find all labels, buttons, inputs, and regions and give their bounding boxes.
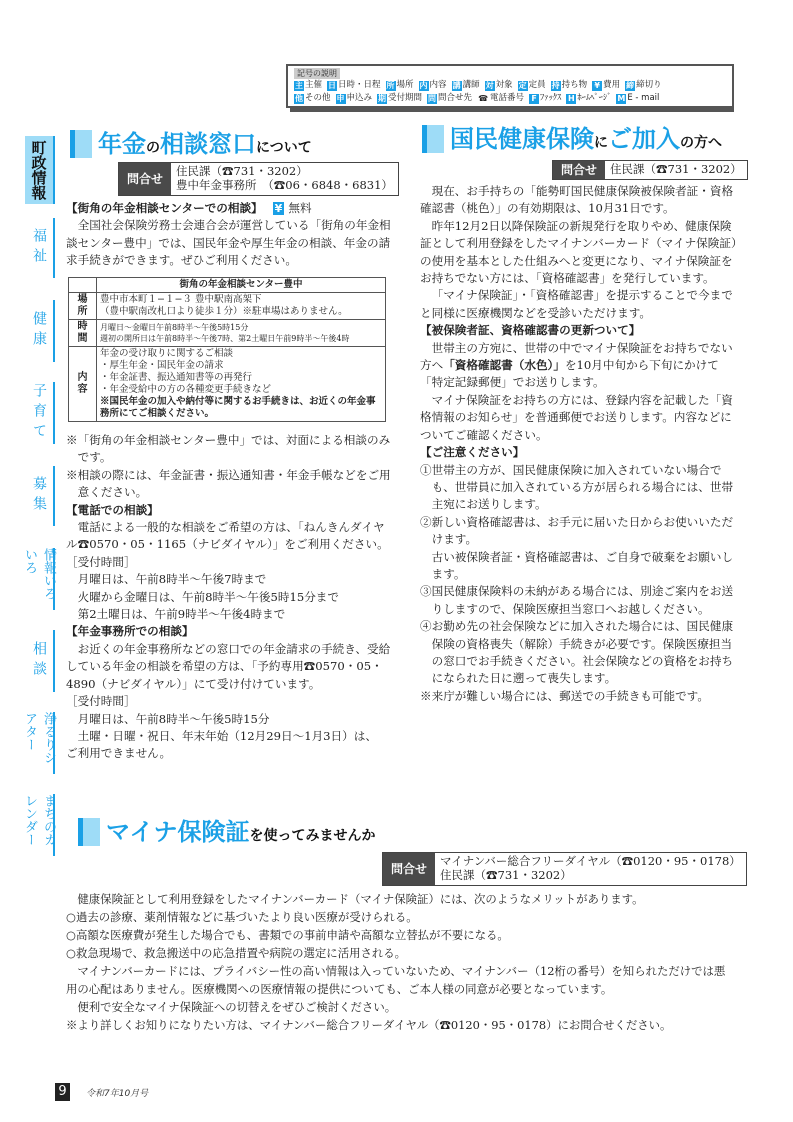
pension-contact-box: 問合せ 住民課（☎731・3202） 豊中年金事務所 （☎06・6848・683…: [118, 162, 399, 196]
side-tab-health[interactable]: 健康: [25, 300, 55, 362]
side-tab-label: 募集: [29, 476, 49, 516]
legend-label: 対象: [496, 79, 513, 92]
legend-shadow: [290, 108, 734, 112]
apply-icon: 申: [336, 94, 346, 104]
content-icon: 内: [419, 81, 429, 91]
hours-line: 第2土曜日は、午前9時半〜午後4時まで: [66, 606, 391, 623]
legend-label: 受付期間: [388, 92, 422, 105]
cell-line: （豊中駅南改札口より徒歩１分）※駐車場はありません。: [100, 306, 382, 318]
table-row: 時 間 月曜日〜金曜日午前8時半〜午後5時15分週初の開所日は午前8時半〜午後7…: [69, 320, 386, 347]
nhi-section-title: 国民健康保険 に ご加入 の方へ: [422, 125, 722, 153]
legend-row-2: 他その他 申申込み 期受付期間 問問合せ先 ☎電話番号 Fﾌｧｯｸｽ Hﾎｰﾑﾍ…: [294, 92, 726, 105]
title-part: 相談窓口: [160, 130, 256, 158]
legend-label: 日時・日程: [338, 79, 381, 92]
highlight-text: 「資格確認書（水色）」: [443, 358, 565, 372]
side-tab-label: 町政情報: [29, 140, 50, 200]
period-icon: 期: [377, 94, 387, 104]
paragraph: お近くの年金事務所などの窓口での年金請求の手続き、受給している年金の相談を希望の…: [66, 641, 391, 693]
contact-line: マイナンバー総合フリーダイヤル（☎0120・95・0178）: [440, 854, 741, 868]
legend-label: 費用: [603, 79, 620, 92]
page-number: 9: [55, 1083, 70, 1101]
place-icon: 所: [386, 81, 396, 91]
host-icon: 主: [294, 81, 304, 91]
cell-line: 年金の受け取りに関するご相談: [100, 348, 382, 360]
contact-line: 豊中年金事務所 （☎06・6848・6831）: [176, 178, 393, 192]
cell-line: 豊中市本町１−１−３ 豊中駅南高架下: [100, 294, 382, 306]
side-tab-childcare[interactable]: 子育て: [25, 382, 55, 444]
paragraph: 昨年12月2日以降保険証の新規発行を取りやめ、健康保険証として利用登録をしたマイ…: [420, 218, 738, 288]
deadline-icon: 締: [625, 81, 635, 91]
legend-row-1: 主主催 日日時・日程 所場所 内内容 講講師 対対象 定定員 持持ち物 ¥費用 …: [294, 79, 726, 92]
legend-label: 場所: [397, 79, 414, 92]
email-icon: M: [616, 94, 626, 104]
side-tab-town-calendar[interactable]: まちのカレンダー: [25, 794, 55, 856]
side-tab-welfare[interactable]: 福祉: [25, 218, 55, 278]
merit-item: ○救急現場で、救急搬送中の応急措置や病院の選定に活用される。: [66, 944, 736, 962]
title-part: について: [256, 138, 312, 158]
legend-label: その他: [305, 92, 331, 105]
contact-line: 住民課（☎731・3202）: [176, 164, 393, 178]
title-part: に: [594, 133, 608, 153]
target-icon: 対: [485, 81, 495, 91]
caution-item: ③国民健康保険料の未納がある場合には、別途ご案内をお送りしますので、保険医療担当…: [420, 583, 738, 618]
inquiry-icon: 問: [427, 94, 437, 104]
note: ※来庁が難しい場合には、郵送での手続きも可能です。: [420, 688, 738, 705]
row-label: 内 容: [69, 347, 97, 422]
table-row: 内 容 年金の受け取りに関するご相談・厚生年金・国民年金の請求・年金証書、振込通…: [69, 347, 386, 422]
merit-item: ○高額な医療費が発生した場合でも、書類での事前申請や高額な立替払が不要になる。: [66, 926, 736, 944]
side-tab-label: まちのカレンダー: [20, 794, 58, 856]
section-heading: 【被保険者証、資格確認書の更新ついて】: [420, 322, 738, 339]
side-tab-label: 相談: [29, 641, 49, 681]
legend-label: 主催: [305, 79, 322, 92]
title-part: の方へ: [680, 133, 722, 153]
legend-label: 電話番号: [490, 92, 524, 105]
contact-label: 問合せ: [383, 853, 435, 885]
contact-body: マイナンバー総合フリーダイヤル（☎0120・95・0178） 住民課（☎731・…: [435, 853, 746, 885]
heading-bar: [78, 818, 100, 846]
table-row: 場 所 豊中市本町１−１−３ 豊中駅南高架下（豊中駅南改札口より徒歩１分）※駐車…: [69, 293, 386, 320]
legend-label: E - mail: [627, 92, 659, 105]
section-heading: 【電話での相談】: [66, 502, 391, 519]
legend-title: 記号の説明: [294, 68, 340, 79]
cell-line: 週初の開所日は午前8時半〜午後7時、第2土曜日午前9時半〜午後4時: [100, 333, 382, 344]
paragraph: 便利で安全なマイナ保険証への切替えをぜひご検討ください。: [66, 998, 736, 1016]
legend-label: 内容: [430, 79, 447, 92]
legend-label: 申込み: [347, 92, 373, 105]
side-tab-label: 子育て: [29, 383, 49, 443]
legend-label: 持ち物: [562, 79, 588, 92]
paragraph: 現在、お手持ちの「能勢町国民健康保険被保険者証・資格確認書（桃色）」の有効期限は…: [420, 183, 738, 218]
myna-contact-box: 問合せ マイナンバー総合フリーダイヤル（☎0120・95・0178） 住民課（☎…: [382, 852, 747, 886]
contact-label: 問合せ: [553, 161, 605, 179]
hours-line: 月曜日は、午前8時半〜午後5時15分: [66, 711, 391, 728]
caution-item: ④お勤め先の社会保険などに加入された場合には、国民健康保険の資格喪失（解除）手続…: [420, 618, 738, 688]
phone-icon: ☎: [477, 94, 489, 104]
side-tab-consultation[interactable]: 相談: [25, 630, 55, 692]
paragraph: 電話による一般的な相談をご希望の方は、「ねんきんダイヤル☎0570・05・116…: [66, 519, 391, 554]
hours-label: ［受付時間］: [66, 554, 391, 571]
side-tab-joruri-theater[interactable]: 浄るりシアター: [25, 712, 55, 774]
table-header: 街角の年金相談センター豊中: [97, 278, 386, 293]
cell-line: ・年金受給中の方の各種変更手続きなど: [100, 384, 382, 396]
hours-line: 火曜から金曜日は、午前8時半〜午後5時15分まで: [66, 589, 391, 606]
paragraph: 全国社会保険労務士会連合会が運営している「街角の年金相談センター豊中」では、国民…: [66, 217, 391, 269]
legend-label: 問合せ先: [438, 92, 472, 105]
myna-body: 健康保険証として利用登録をしたマイナンバーカード（マイナ保険証）には、次のような…: [66, 890, 736, 1034]
issue-date: 令和7年10月号: [86, 1086, 148, 1099]
note: ※より詳しくお知りになりたい方は、マイナンバー総合フリーダイヤル（☎0120・9…: [66, 1016, 736, 1034]
row-label: 時 間: [69, 320, 97, 347]
title-part: 年金: [98, 130, 146, 158]
section-heading: 【街角の年金相談センターでの相談】: [66, 201, 263, 215]
legend-label: 講師: [463, 79, 480, 92]
hours-line: ご利用できません。: [66, 745, 391, 762]
note: ※相談の際には、年金証書・振込通知書・年金手帳などをご用意ください。: [66, 467, 391, 502]
symbol-legend: 記号の説明 主主催 日日時・日程 所場所 内内容 講講師 対対象 定定員 持持ち…: [286, 64, 734, 108]
hours-line: 月曜日は、午前8時半〜午後7時まで: [66, 571, 391, 588]
hours-label: ［受付時間］: [66, 693, 391, 710]
legend-label: 定員: [529, 79, 546, 92]
pension-center-block: 【街角の年金相談センターでの相談】¥ 無料 全国社会保険労務士会連合会が運営して…: [66, 200, 391, 270]
side-tab-misc-info[interactable]: 情報いろいろ: [25, 548, 55, 610]
capacity-icon: 定: [518, 81, 528, 91]
side-tab-label: 健康: [29, 311, 49, 351]
title-part: ご加入: [608, 125, 680, 153]
heading-bar: [70, 130, 92, 158]
pension-section-title: 年金 の 相談窓口 について: [70, 130, 312, 158]
note: ※「街角の年金相談センター豊中」では、対面による相談のみです。: [66, 432, 391, 467]
paragraph: 健康保険証として利用登録をしたマイナンバーカード（マイナ保険証）には、次のような…: [66, 890, 736, 908]
title-part: の: [146, 138, 160, 158]
myna-section-title: マイナ保険証 を使ってみませんか: [78, 818, 376, 846]
caution-item: ②新しい資格確認書は、お手元に届いた日からお使いいただけます。: [420, 514, 738, 549]
caution-item-extra: 古い被保険者証・資格確認書は、ご自身で破棄をお願いします。: [420, 549, 738, 584]
homepage-icon: H: [566, 94, 576, 104]
contact-line: 住民課（☎731・3202）: [440, 868, 741, 882]
cell-line: ・年金証書、振込通知書等の再発行: [100, 372, 382, 384]
lecturer-icon: 講: [452, 81, 462, 91]
legend-label: ﾎｰﾑﾍﾟｰｼﾞ: [577, 92, 611, 105]
contact-line: 住民課（☎731・3202）: [610, 162, 742, 176]
contact-label: 問合せ: [119, 163, 171, 195]
belongings-icon: 持: [551, 81, 561, 91]
hours-line: 土曜・日曜・祝日、年末年始（12月29日〜1月3日）は、: [66, 728, 391, 745]
paragraph: マイナ保険証をお持ちの方には、登録内容を記載した「資格情報のお知らせ」を普通郵便…: [420, 392, 738, 444]
title-part: マイナ保険証: [106, 818, 250, 846]
fee-text: 無料: [288, 201, 311, 215]
side-tab-town-info[interactable]: 町政情報: [25, 136, 55, 204]
row-label: 場 所: [69, 293, 97, 320]
nhi-body: 現在、お手持ちの「能勢町国民健康保険被保険者証・資格確認書（桃色）」の有効期限は…: [420, 183, 738, 705]
section-heading: 【ご注意ください】: [420, 444, 738, 461]
side-tab-label: 浄るりシアター: [20, 712, 58, 774]
pension-notes-block: ※「街角の年金相談センター豊中」では、対面による相談のみです。 ※相談の際には、…: [66, 432, 391, 763]
side-tab-label: 福祉: [29, 228, 49, 268]
cell-line: 月曜日〜金曜日午前8時半〜午後5時15分: [100, 322, 382, 333]
contact-body: 住民課（☎731・3202） 豊中年金事務所 （☎06・6848・6831）: [171, 163, 398, 195]
paragraph: マイナンバーカードには、プライバシー性の高い情報は入っていないため、マイナンバー…: [66, 962, 736, 998]
cell-line: ・厚生年金・国民年金の請求: [100, 360, 382, 372]
title-part: 国民健康保険: [450, 125, 594, 153]
side-tab-recruitment[interactable]: 募集: [25, 466, 55, 526]
cell-line: ※国民年金の加入や納付等に関するお手続きは、お近くの年金事務所にてご相談ください…: [100, 396, 382, 420]
paragraph: 「マイナ保険証」・「資格確認書」を提示することで今までと同様に医療機関などを受診…: [420, 287, 738, 322]
nhi-contact-box: 問合せ 住民課（☎731・3202）: [552, 160, 748, 180]
side-tab-label: 情報いろいろ: [20, 548, 58, 610]
yen-icon: ¥: [592, 81, 602, 91]
contact-body: 住民課（☎731・3202）: [605, 161, 747, 179]
fax-icon: F: [529, 94, 539, 104]
legend-label: ﾌｧｯｸｽ: [540, 92, 561, 105]
yen-icon: ¥: [273, 202, 285, 215]
caution-item: ①世帯主の方が、国民健康保険に加入されていない場合でも、世帯員に加入されている方…: [420, 462, 738, 514]
merit-item: ○過去の診療、薬剤情報などに基づいたより良い医療が受けられる。: [66, 908, 736, 926]
legend-label: 締切り: [636, 79, 662, 92]
section-heading: 【年金事務所での相談】: [66, 623, 391, 640]
date-icon: 日: [327, 81, 337, 91]
other-icon: 他: [294, 94, 304, 104]
pension-center-table: 街角の年金相談センター豊中 場 所 豊中市本町１−１−３ 豊中駅南高架下（豊中駅…: [68, 277, 386, 422]
heading-bar: [422, 125, 444, 153]
title-part: を使ってみませんか: [250, 826, 376, 846]
